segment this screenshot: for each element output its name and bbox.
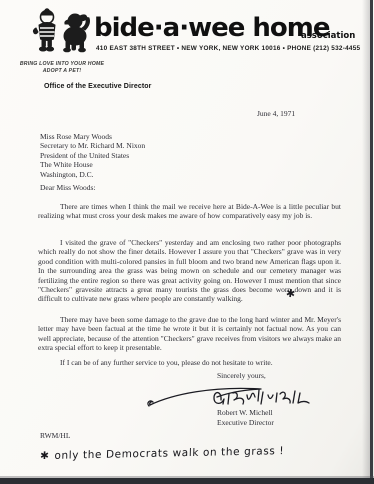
scan-right-shadow — [362, 0, 370, 484]
recipient-line: President of the United States — [40, 151, 145, 160]
office-line: Office of the Executive Director — [44, 83, 151, 90]
tagline-line2: ADOPT A PET! — [16, 68, 108, 75]
tagline-line1: BRING LOVE INTO YOUR HOME — [16, 61, 108, 68]
handwritten-asterisk-mark: ✱ — [285, 286, 296, 300]
recipient-line: Miss Rose Mary Woods — [40, 132, 145, 141]
recipient-block: Miss Rose Mary WoodsSecretary to Mr. Ric… — [40, 132, 145, 179]
recipient-line: The White House — [40, 160, 145, 169]
handwritten-note-star: ✱ — [40, 450, 50, 462]
reference-initials: RWM/HL — [40, 431, 70, 440]
letterhead-address: 410 EAST 38TH STREET • NEW YORK, NEW YOR… — [96, 45, 360, 52]
paragraph-1: There are times when I think the mail we… — [38, 202, 341, 221]
letter-date: June 4, 1971 — [257, 109, 295, 118]
child-and-dog-logo-icon — [30, 8, 92, 58]
scan-bottom-edge — [0, 478, 374, 484]
letter-page: bide·a·wee home association 410 EAST 38T… — [0, 0, 374, 484]
closing-line: Sincerely yours, — [217, 371, 266, 380]
letterhead-tagline: BRING LOVE INTO YOUR HOME ADOPT A PET! — [16, 61, 108, 74]
signature-title: Executive Director — [217, 418, 274, 427]
paragraph-2: I visited the grave of "Checkers" yester… — [38, 238, 341, 304]
signature-name: Robert W. Michell — [217, 408, 273, 417]
brand-name: bide·a·wee home — [94, 13, 330, 43]
scan-right-edge — [370, 0, 373, 484]
handwritten-note: ✱only the Democrats walk on the grass ! — [40, 444, 340, 462]
recipient-line: Washington, D.C. — [40, 170, 145, 179]
salutation: Dear Miss Woods: — [40, 183, 96, 192]
brand-suffix: association — [301, 31, 355, 41]
recipient-line: Secretary to Mr. Richard M. Nixon — [40, 141, 145, 150]
handwritten-note-text: only the Democrats walk on the grass ! — [54, 445, 284, 462]
paragraph-3: There may have been some damage to the g… — [38, 315, 341, 353]
paragraph-4: If I can be of any further service to yo… — [38, 358, 341, 367]
